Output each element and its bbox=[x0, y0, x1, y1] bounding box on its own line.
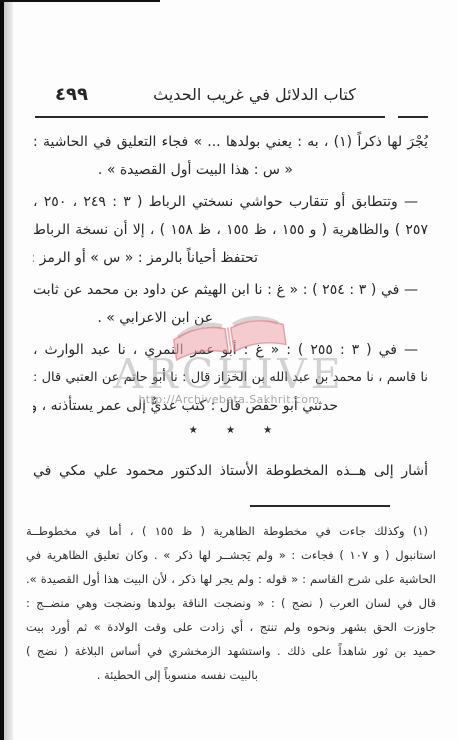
text-line: تحتفظ أحياناً بالرمز : « س » أو الرمز : … bbox=[33, 244, 428, 272]
footnote-line: جاوزت الحق بشهر ونحوه ولم تنتج ، أي زادت… bbox=[26, 615, 436, 639]
scan-edge-left-shadow bbox=[4, 0, 13, 740]
body-text: يُجْرَ لها ذكراً (١) ، به : يعني بولدها … bbox=[33, 128, 428, 424]
paragraph: يُجْرَ لها ذكراً (١) ، به : يعني بولدها … bbox=[33, 128, 428, 184]
scan-edge-top bbox=[0, 0, 160, 2]
paragraph: — وتتطابق أو تتقارب حواشي نسختي الرباط (… bbox=[33, 188, 428, 272]
text-line: حدثني أبو حفص قال : كتب عديٌّ إلى عمر يس… bbox=[33, 392, 428, 420]
text-line: « س : هذا البيت أول القصيدة » . bbox=[33, 156, 428, 184]
closing-line: أشار إلى هــذه المخطوطة الأستاذ الدكتور … bbox=[33, 456, 428, 486]
text-line: — في ( ٣ : ٢٥٤ ) : « غ : نا ابن الهيثم ع… bbox=[33, 276, 428, 304]
text-line: ٢٥٧ ) والظاهرية ( و ١٥٥ ، ظ ١٥٥ ، ظ ١٥٨ … bbox=[33, 216, 428, 244]
footnote-line: حميد بن ثور شاهداً على ذلك . واستشهد الز… bbox=[26, 639, 436, 663]
text-line: يُجْرَ لها ذكراً (١) ، به : يعني بولدها … bbox=[33, 128, 428, 156]
text-line: — في ( ٣ : ٢٥٥ ) : « غ : أبو عمر النمري … bbox=[33, 336, 428, 364]
paragraph: — في ( ٣ : ٢٥٤ ) : « غ : نا ابن الهيثم ع… bbox=[33, 276, 428, 332]
footnote-line: الحاشية على شرح القاسم : « قوله : ولم يج… bbox=[26, 567, 436, 591]
footnote-rule bbox=[250, 505, 390, 507]
asterisk-separator: ٭ ٭ ٭ bbox=[33, 420, 428, 440]
text-line: عن ابن الاعرابي » . bbox=[33, 304, 428, 332]
page-header: ٤٩٩ كتاب الدلائل في غريب الحديث bbox=[33, 82, 428, 112]
footnote-line: استانبول ( و ١٠٧ ) فجاءت : « ولم يَجشــر… bbox=[26, 543, 436, 567]
footnote-line: (١) وكذلك جاءت في مخطوطة الظاهرية ( ظ ١٥… bbox=[26, 519, 436, 543]
page-scan: ٤٩٩ كتاب الدلائل في غريب الحديث يُجْرَ ل… bbox=[0, 0, 458, 740]
footnote: (١) وكذلك جاءت في مخطوطة الظاهرية ( ظ ١٥… bbox=[26, 519, 436, 687]
paragraph: — في ( ٣ : ٢٥٥ ) : « غ : أبو عمر النمري … bbox=[33, 336, 428, 420]
header-rule bbox=[35, 116, 385, 118]
book-title: كتاب الدلائل في غريب الحديث bbox=[57, 85, 452, 104]
footnote-line: بالبيت نفسه منسوباً إلى الحطيئة . bbox=[26, 663, 436, 687]
text-line: نا قاسم ، نا محمد بن عبد الله بن الخزاز … bbox=[33, 364, 428, 392]
text-line: — وتتطابق أو تتقارب حواشي نسختي الرباط (… bbox=[33, 188, 428, 216]
footnote-line: قال في لسان العرب ( نضج ) : « ونضجت النا… bbox=[26, 591, 436, 615]
header-rule-end bbox=[398, 116, 428, 118]
